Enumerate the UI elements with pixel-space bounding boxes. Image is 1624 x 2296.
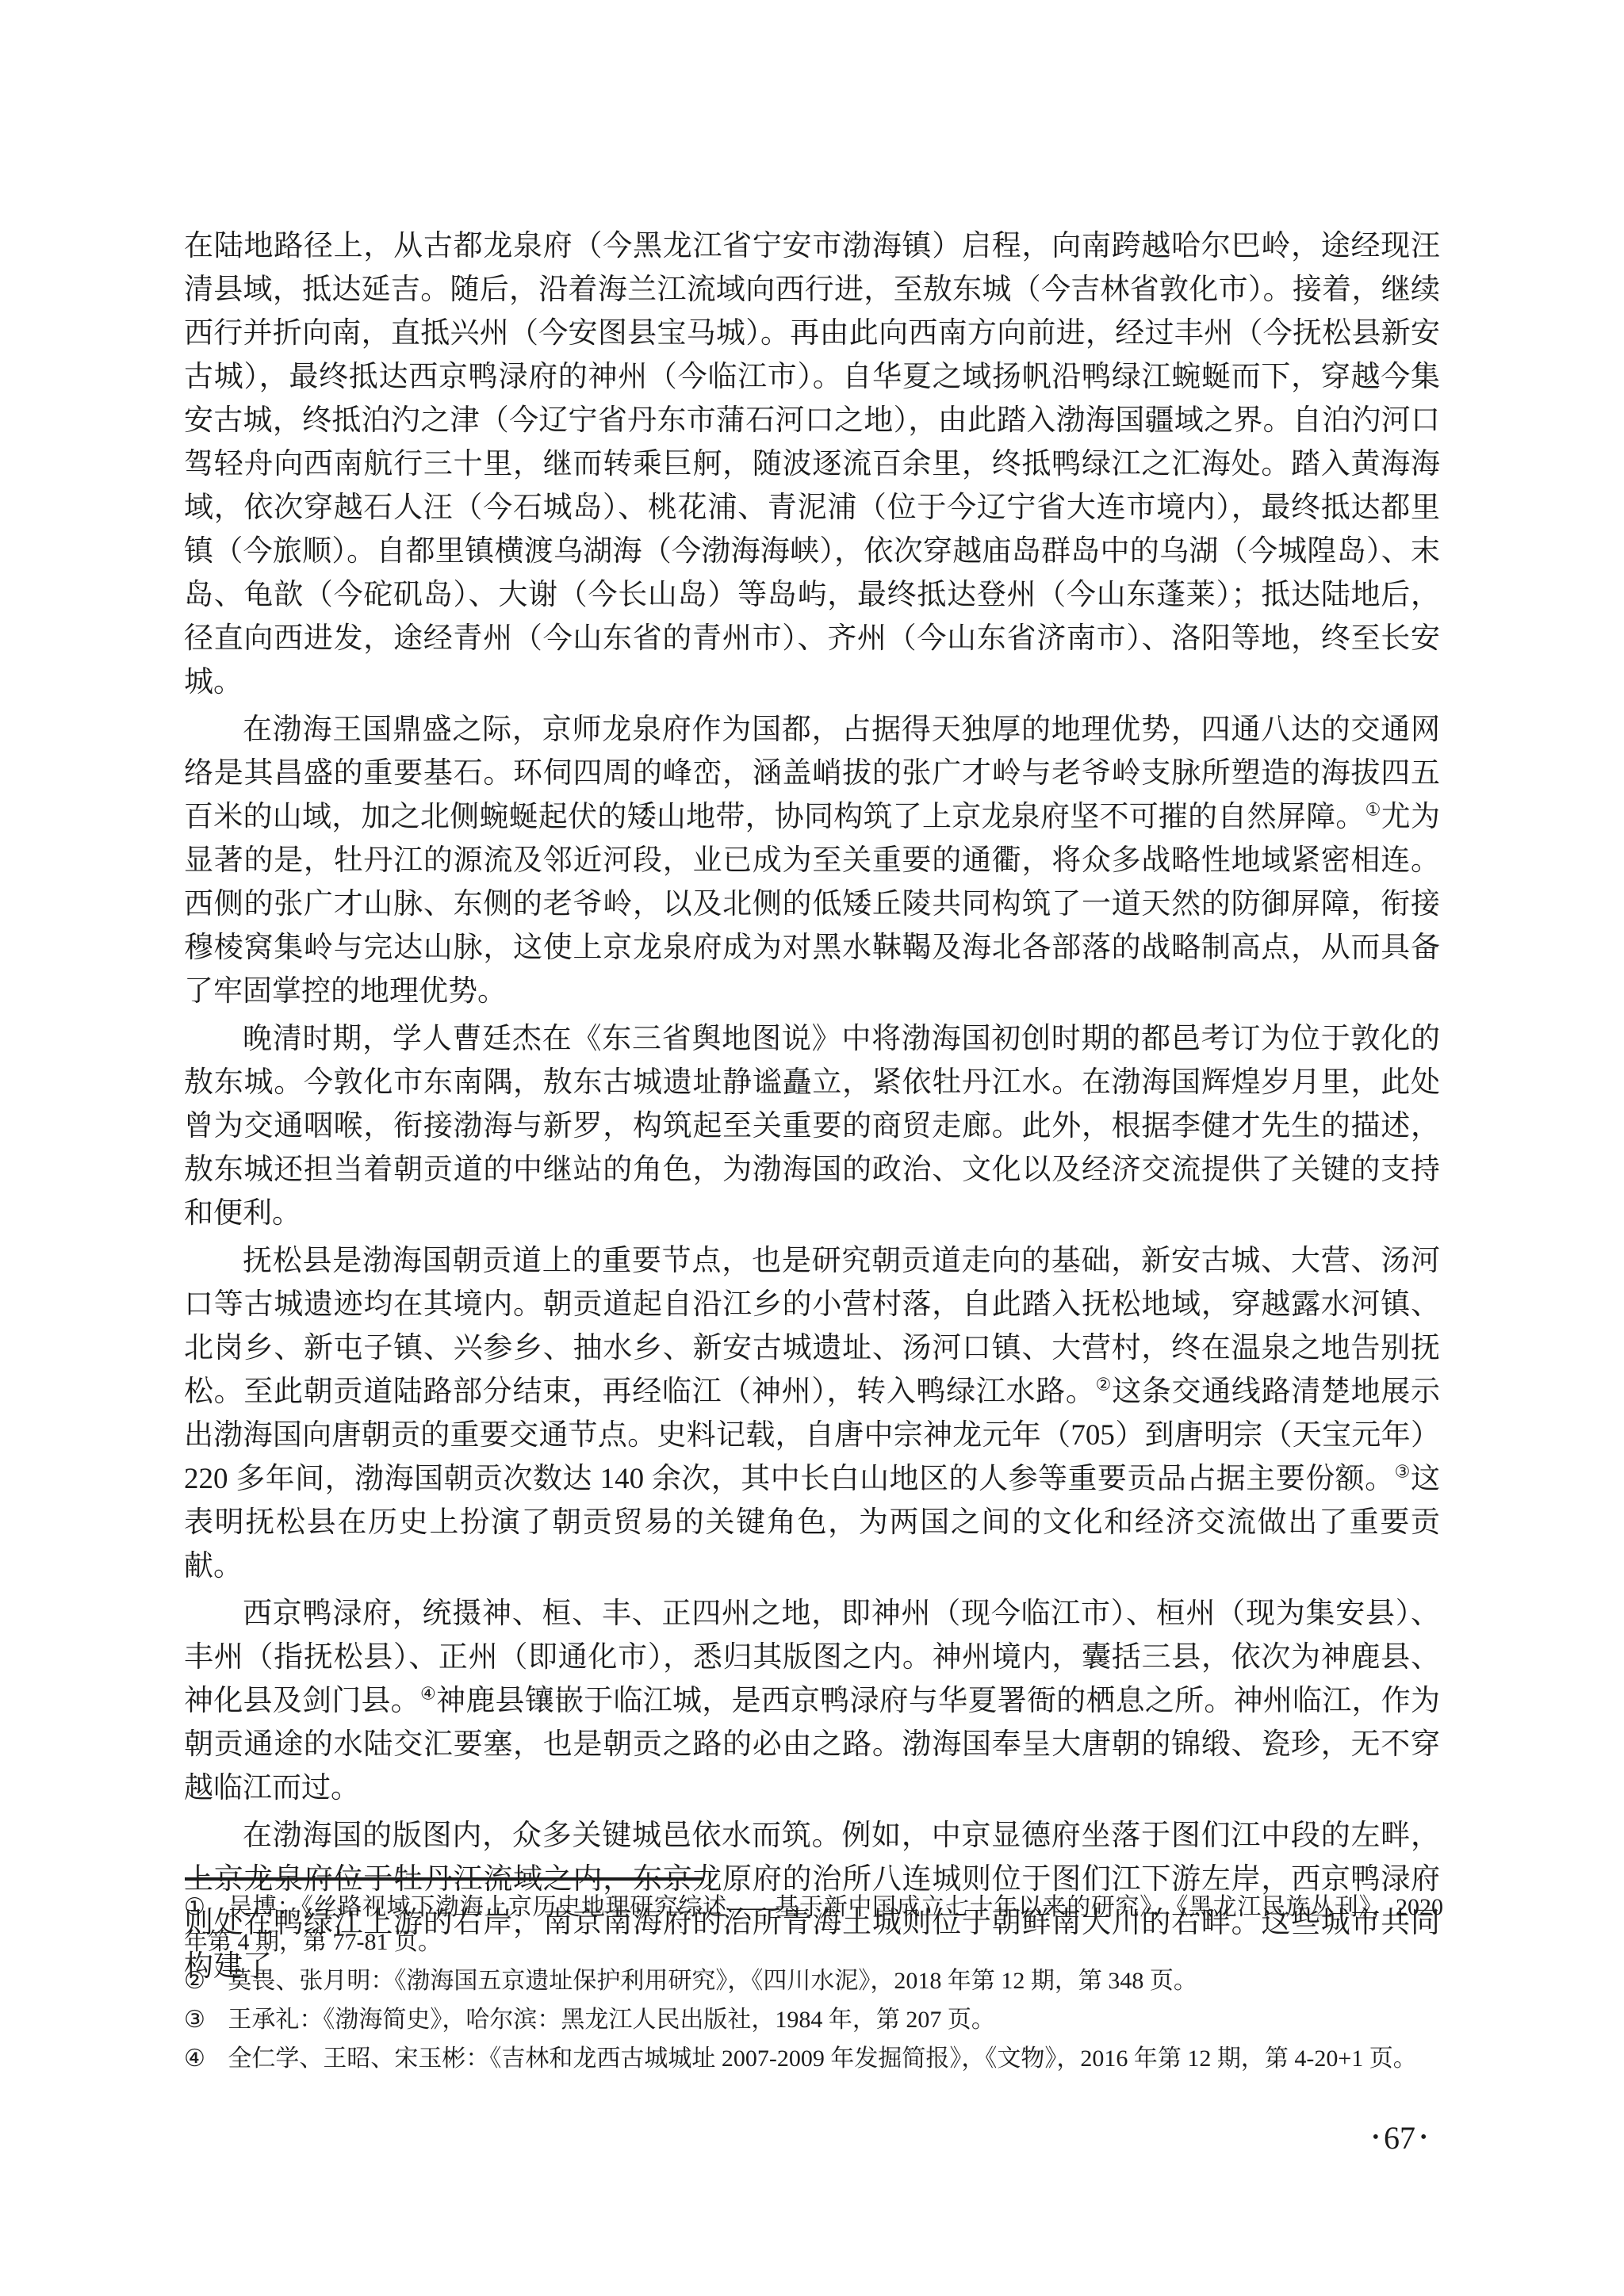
footnote-ref: ② xyxy=(1096,1375,1113,1395)
footnote-item: ④全仁学、王昭、宋玉彬：《吉林和龙西古城城址 2007-2009 年发掘简报》，… xyxy=(184,2042,1443,2076)
article-body: 在陆地路径上，从古都龙泉府（今黑龙江省宁安市渤海镇）启程，向南跨越哈尔巴岭，途经… xyxy=(184,224,1440,1992)
footnote-text: 全仁学、王昭、宋玉彬：《吉林和龙西古城城址 2007-2009 年发掘简报》，《… xyxy=(228,2045,1416,2072)
footnote-separator xyxy=(185,1877,704,1881)
footnote-text: 王承礼：《渤海简史》，哈尔滨：黑龙江人民出版社，1984 年，第 207 页。 xyxy=(228,2007,995,2033)
page-number: •67• xyxy=(1308,2118,1491,2157)
paragraph: 在陆地路径上，从古都龙泉府（今黑龙江省宁安市渤海镇）启程，向南跨越哈尔巴岭，途经… xyxy=(184,224,1440,704)
footnotes: ①吴博：《丝路视域下渤海上京历史地理研究综述——基于新中国成立七十年以来的研究》… xyxy=(184,1890,1443,2080)
footnote-ref: ③ xyxy=(1395,1462,1411,1482)
footnote-marker: ④ xyxy=(184,2045,228,2072)
page-number-left-dot: • xyxy=(1373,2127,1379,2148)
footnote-item: ①吴博：《丝路视域下渤海上京历史地理研究综述——基于新中国成立七十年以来的研究》… xyxy=(184,1890,1443,1960)
footnote-ref: ① xyxy=(1365,800,1381,820)
document-page: 在陆地路径上，从古都龙泉府（今黑龙江省宁安市渤海镇）启程，向南跨越哈尔巴岭，途经… xyxy=(0,0,1624,2296)
footnote-marker: ③ xyxy=(184,2007,228,2033)
page-number-right-dot: • xyxy=(1420,2127,1427,2148)
footnote-text: 莫畏、张月明：《渤海国五京遗址保护利用研究》，《四川水泥》，2018 年第 12… xyxy=(228,1968,1197,1994)
footnote-marker: ① xyxy=(184,1894,228,1920)
footnote-item: ③王承礼：《渤海简史》，哈尔滨：黑龙江人民出版社，1984 年，第 207 页。 xyxy=(184,2003,1443,2038)
paragraph: 西京鸭渌府，统摄神、桓、丰、正四州之地，即神州（现今临江市）、桓州（现为集安县）… xyxy=(184,1592,1440,1810)
footnote-marker: ② xyxy=(184,1968,228,1994)
paragraph: 抚松县是渤海国朝贡道上的重要节点，也是研究朝贡道走向的基础，新安古城、大营、汤河… xyxy=(184,1239,1440,1588)
footnote-text: 吴博：《丝路视域下渤海上京历史地理研究综述——基于新中国成立七十年以来的研究》，… xyxy=(184,1894,1443,1955)
page-number-value: 67 xyxy=(1384,2120,1415,2156)
footnote-ref: ④ xyxy=(420,1684,436,1704)
footnote-item: ②莫畏、张月明：《渤海国五京遗址保护利用研究》，《四川水泥》，2018 年第 1… xyxy=(184,1964,1443,1999)
paragraph: 在渤海王国鼎盛之际，京师龙泉府作为国都，占据得天独厚的地理优势，四通八达的交通网… xyxy=(184,708,1440,1013)
paragraph: 晚清时期，学人曹廷杰在《东三省舆地图说》中将渤海国初创时期的都邑考订为位于敦化的… xyxy=(184,1017,1440,1235)
